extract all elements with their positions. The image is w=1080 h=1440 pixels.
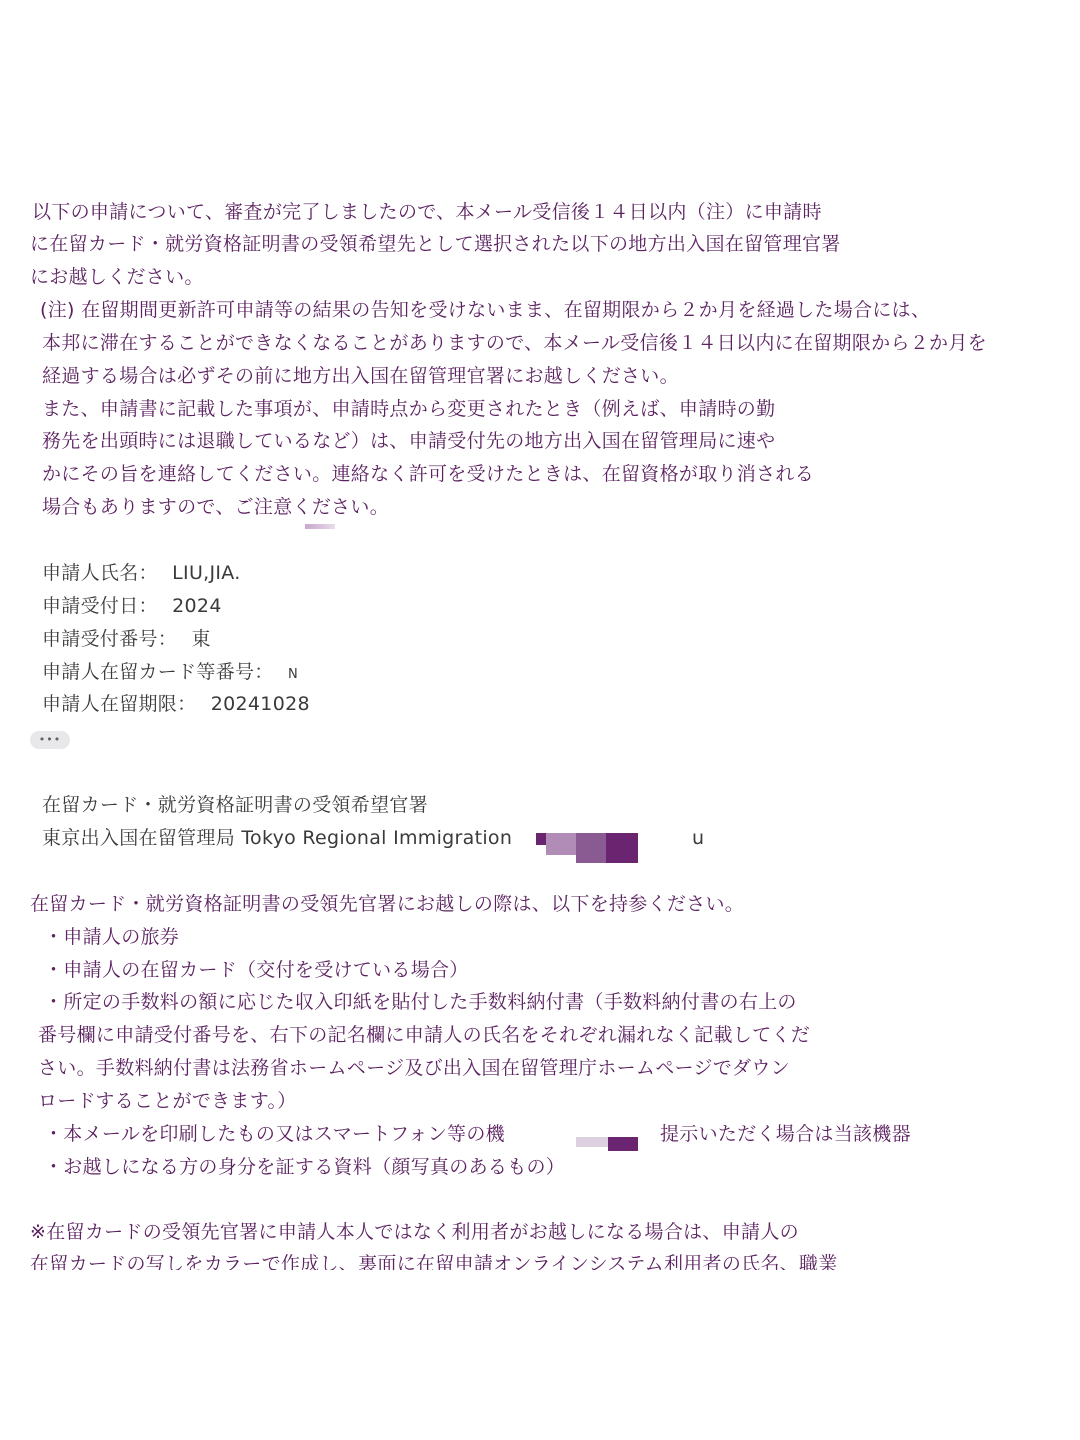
receipt-date-label: 申請受付日： [42,595,158,617]
applicant-name-value: LIU,JIA. [172,562,240,584]
change-line-4: 場合もありますので、ご注意ください。 [42,495,389,519]
card-number-label: 申請人在留カード等番号： [42,661,274,683]
bring-intro: 在留カード・就労資格証明書の受領先官署にお越しの際は、以下を持参ください。 [30,892,744,916]
note-line-1: (注) 在留期間更新許可申請等の結果の告知を受けないまま、在留期限から２か月を経… [40,298,930,322]
change-line-3: かにその旨を連絡してください。連絡なく許可を受けたときは、在留資格が取り消される [42,462,814,486]
expiry-value: 20241028 [211,693,310,715]
bring-item-passport: ・申請人の旅券 [44,925,179,949]
footnote-line-1: ※在留カードの受領先官署に申請人本人ではなく利用者がお越しになる場合は、申請人の [30,1220,799,1244]
redaction-dark [608,1137,638,1151]
show-trimmed-content-button[interactable]: ••• [30,731,70,749]
bring-item-fee-form-2: 番号欄に申請受付番号を、右下の記名欄に申請人の氏名をそれぞれ漏れなく記載してくだ [38,1023,810,1047]
receipt-date-value: 2024 [172,595,222,617]
bring-item-fee-form-1: ・所定の手数料の額に応じた収入印紙を貼付した手数料納付書（手数料納付書の右上の [44,990,797,1014]
redaction-block [536,833,638,863]
office-trailing-text: u [692,826,704,850]
office-name: 東京出入国在留管理局 Tokyo Regional Immigration [42,826,512,850]
intro-line-1: 以下の申請について、審査が完了しましたので、本メール受信後１４日以内（注）に申請… [32,200,822,224]
note-line-2: 本邦に滞在することができなくなることがありますので、本メール受信後１４日以内に在… [42,331,987,355]
bring-item-printed-mail: ・本メールを印刷したもの又はスマートフォン等の機 [44,1122,505,1146]
applicant-name-label: 申請人氏名： [42,562,158,584]
intro-line-2: に在留カード・就労資格証明書の受領希望先として選択された以下の地方出入国在留管理… [30,232,841,256]
expiry-row: 申請人在留期限： 20241028 [42,692,310,716]
intro-line-3: にお越しください。 [30,265,204,289]
change-line-2: 務先を出頭時には退職しているなど）は、申請受付先の地方出入国在留管理局に速や [42,429,775,453]
receipt-number-label: 申請受付番号： [42,628,177,650]
receipt-number-row: 申請受付番号： 東 [42,627,211,651]
bring-item-residence-card: ・申請人の在留カード（交付を受けている場合） [44,958,469,982]
bring-item-id-document: ・お越しになる方の身分を証する資料（顔写真のあるもの） [44,1155,565,1179]
change-line-1: また、申請書に記載した事項が、申請時点から変更されたとき（例えば、申請時の勤 [42,397,775,421]
applicant-name-row: 申請人氏名： LIU,JIA. [42,561,241,585]
note-line-3: 経過する場合は必ずその前に地方出入国在留管理官署にお越しください。 [42,364,679,388]
card-number-value: N [288,667,298,682]
office-heading: 在留カード・就労資格証明書の受領希望官署 [42,793,428,817]
receipt-number-value: 東 [191,628,210,650]
footnote-line-2: 在留カードの写しをカラーで作成し、裏面に在留申請オンラインシステム利用者の氏名、… [30,1252,838,1276]
bring-item-printed-mail-right: 提示いただく場合は当該機器 [660,1122,911,1146]
bring-item-fee-form-3: さい。手数料納付書は法務省ホームページ及び出入国在留管理庁ホームページでダウン [38,1056,790,1080]
receipt-date-row: 申請受付日： 2024 [42,594,222,618]
bring-item-fee-form-4: ロードすることができます。） [38,1089,297,1113]
redaction-light [576,1137,608,1147]
expiry-label: 申請人在留期限： [42,693,196,715]
redaction-mark [305,524,335,529]
card-number-row: 申請人在留カード等番号： N [42,660,298,687]
